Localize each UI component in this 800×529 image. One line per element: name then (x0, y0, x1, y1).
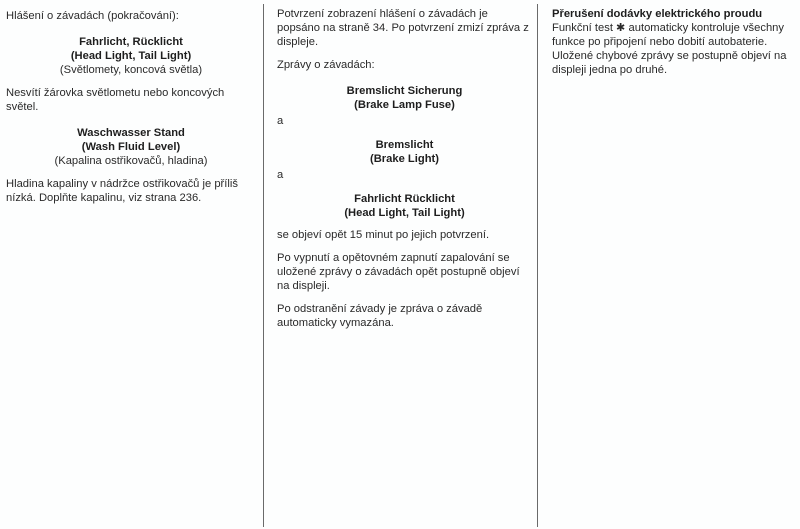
message-title-en: (Brake Light) (277, 152, 532, 166)
message-description: Hladina kapaliny v nádržce ostřikovačů j… (6, 177, 256, 205)
message-brake-light: Bremslicht (Brake Light) (277, 138, 532, 166)
paragraph-confirmation: Potvrzení zobrazení hlášení o závadách j… (277, 7, 532, 49)
message-wash-fluid: Waschwasser Stand (Wash Fluid Level) (Ka… (6, 126, 256, 168)
message-title-de: Bremslicht (277, 138, 532, 152)
column-divider (537, 4, 538, 527)
message-title-de: Fahrlicht Rücklicht (277, 192, 532, 206)
message-title-de: Bremslicht Sicherung (277, 84, 532, 98)
column-1: Hlášení o závadách (pokračování): Fahrli… (6, 9, 256, 214)
message-title-de: Waschwasser Stand (6, 126, 256, 140)
message-title-cs: (Světlomety, koncová světla) (6, 63, 256, 77)
message-brake-fuse: Bremslicht Sicherung (Brake Lamp Fuse) (277, 84, 532, 112)
section-intro: Hlášení o závadách (pokračování): (6, 9, 256, 23)
section-heading: Přerušení dodávky elektrického proudu (552, 7, 797, 21)
paragraph-ignition: Po vypnutí a opětovném zapnutí zapalován… (277, 251, 532, 293)
message-description: Nesvítí žárovka světlometu nebo koncovýc… (6, 86, 256, 114)
conjunction: a (277, 114, 532, 128)
message-title-en: (Head Light, Tail Light) (6, 49, 256, 63)
message-title-en: (Wash Fluid Level) (6, 140, 256, 154)
message-title-cs: (Kapalina ostřikovačů, hladina) (6, 154, 256, 168)
message-headlight: Fahrlicht, Rücklicht (Head Light, Tail L… (6, 35, 256, 77)
column-divider (263, 4, 264, 527)
message-title-en: (Head Light, Tail Light) (277, 206, 532, 220)
message-title-de: Fahrlicht, Rücklicht (6, 35, 256, 49)
conjunction: a (277, 168, 532, 182)
paragraph-cleared: Po odstranění závady je zpráva o závadě … (277, 302, 532, 330)
paragraph-reappear: se objeví opět 15 minut po jejich potvrz… (277, 228, 532, 242)
column-3: Přerušení dodávky elektrického proudu Fu… (552, 7, 797, 86)
message-title-en: (Brake Lamp Fuse) (277, 98, 532, 112)
message-headlight-taillight: Fahrlicht Rücklicht (Head Light, Tail Li… (277, 192, 532, 220)
column-2: Potvrzení zobrazení hlášení o závadách j… (277, 7, 532, 339)
paragraph-messages-label: Zprávy o závadách: (277, 58, 532, 72)
section-body: Funkční test ✱ automaticky kontroluje vš… (552, 21, 797, 77)
